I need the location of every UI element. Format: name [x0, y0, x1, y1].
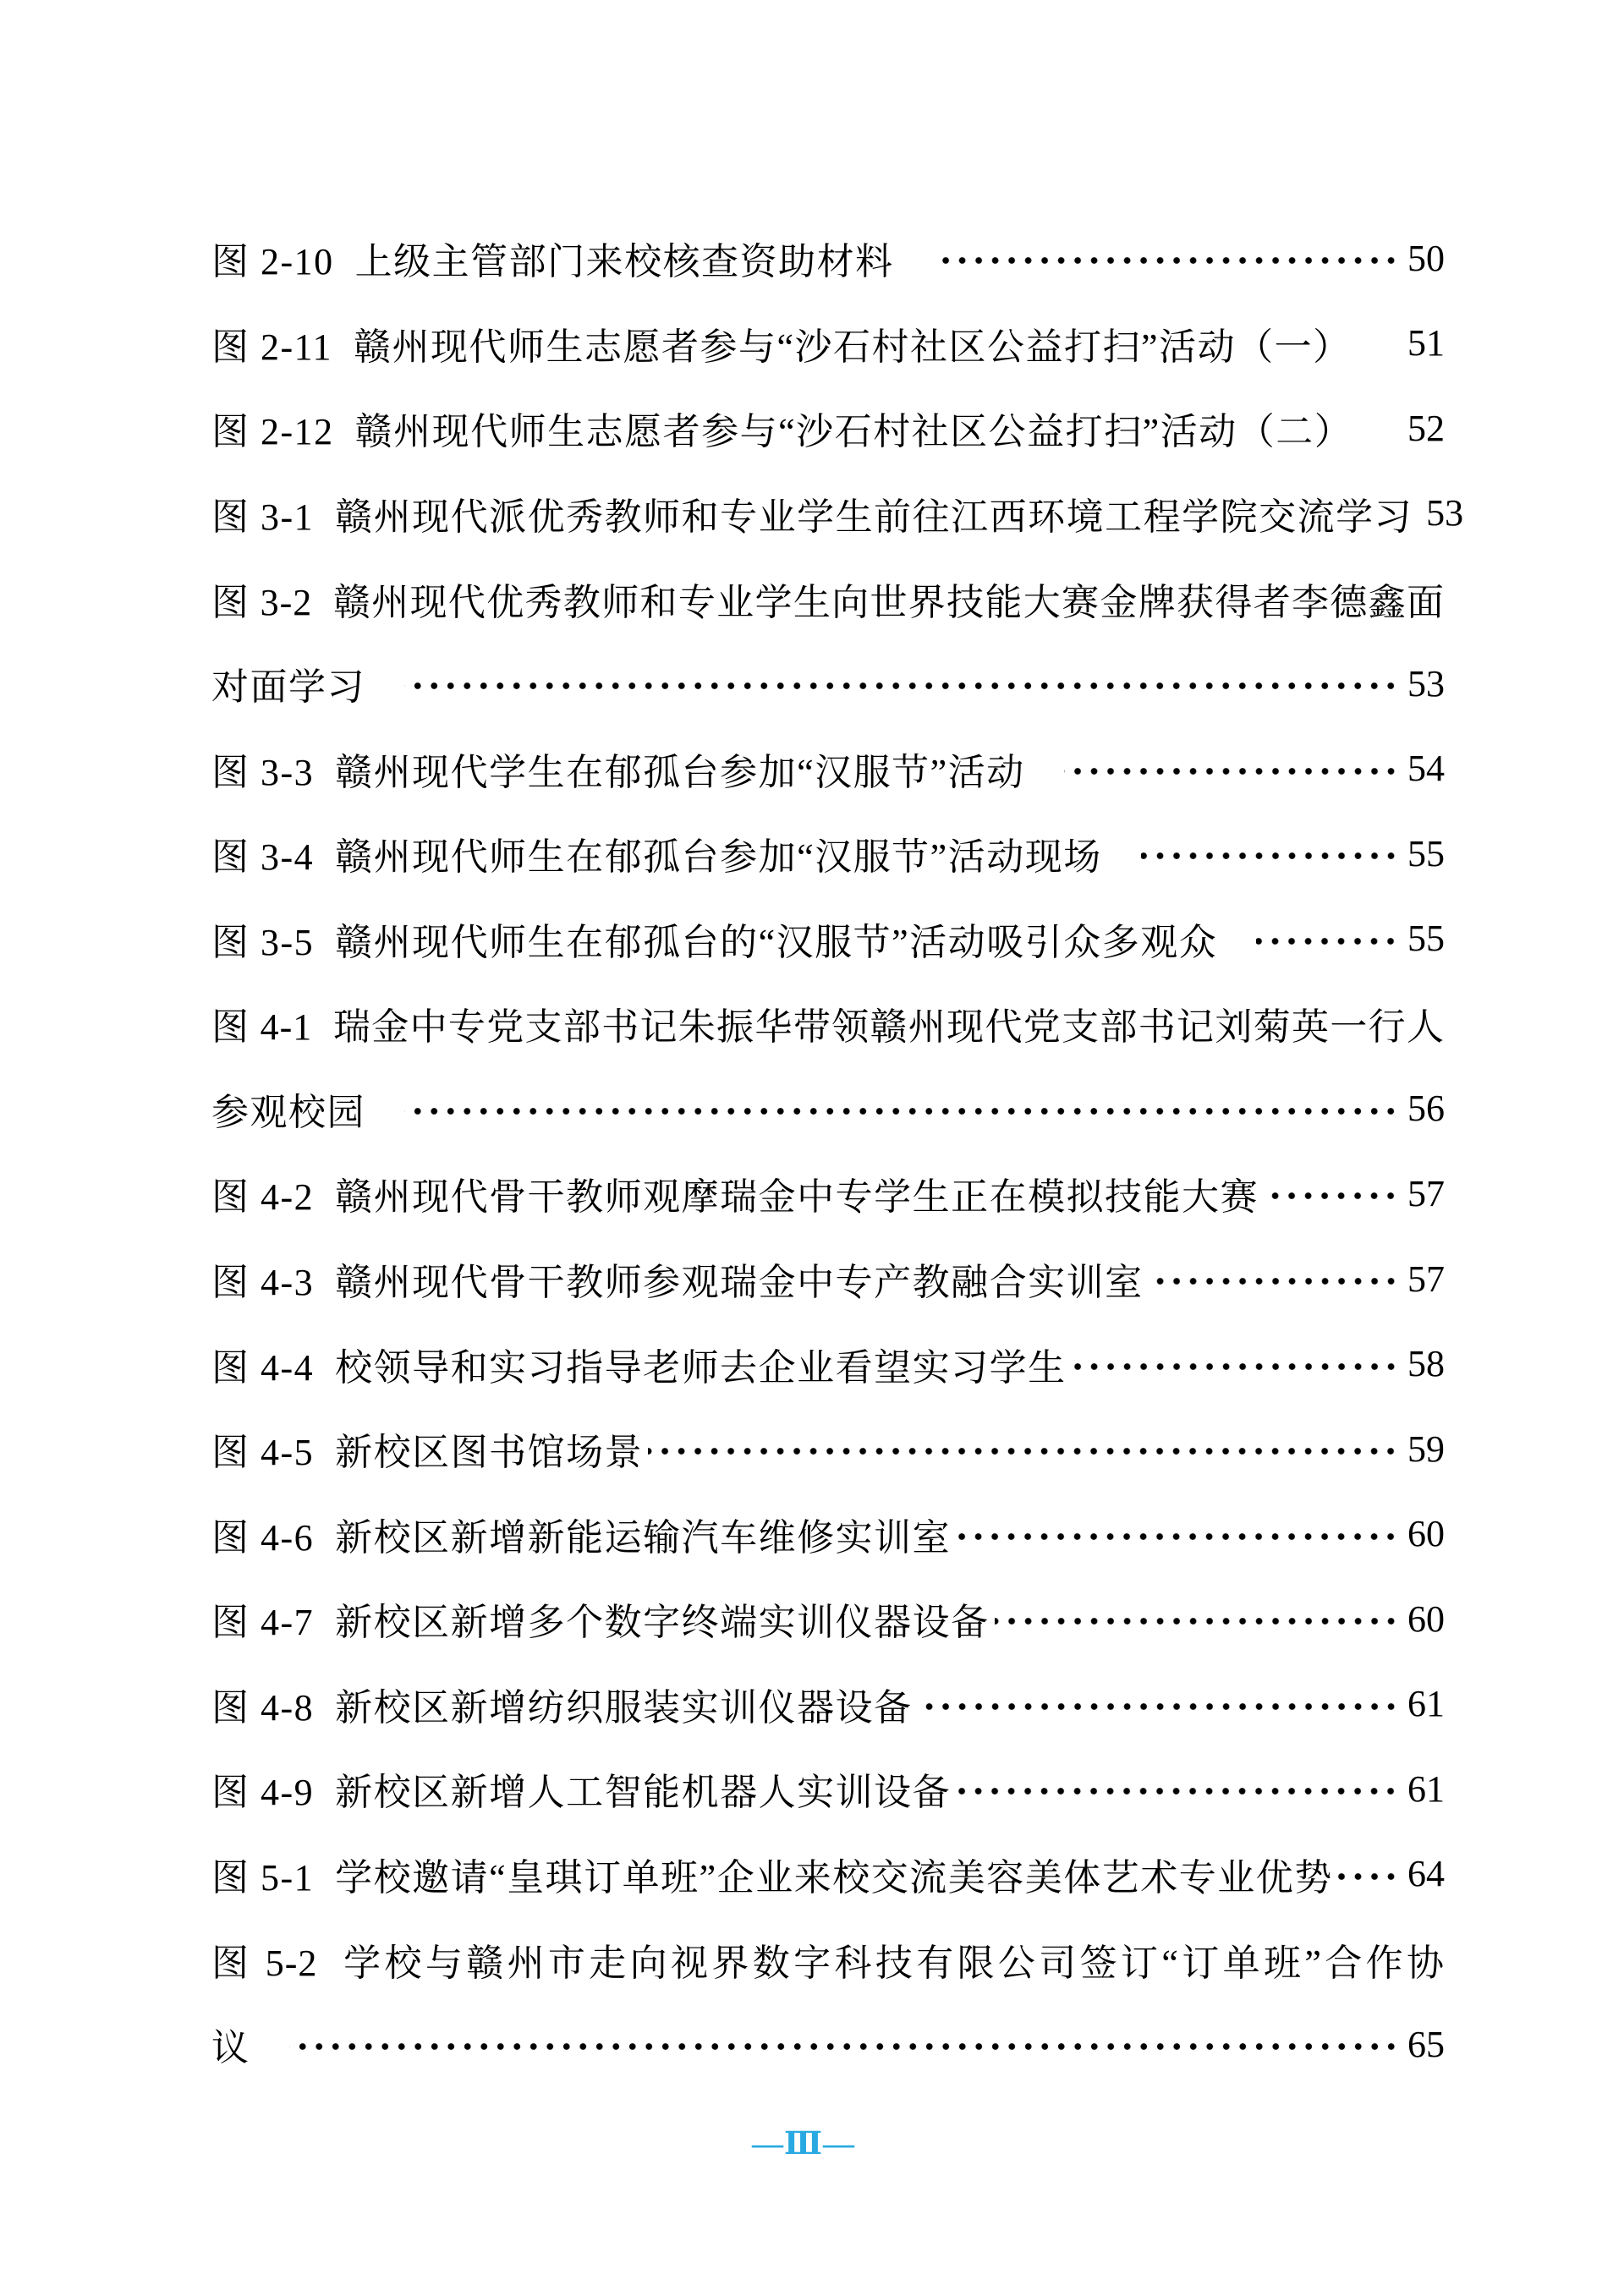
- toc-entry: 图 2-12 赣州现代师生志愿者参与“沙石村社区公益打扫”活动（二） 52: [211, 386, 1445, 471]
- toc-entry: 图 3-3 赣州现代学生在郁孤台参加“汉服节”活动 54: [211, 726, 1445, 811]
- toc-entry-text: 图 3-5 赣州现代师生在郁孤台的“汉服节”活动吸引众多观众: [211, 912, 1217, 966]
- dot-leader: [1072, 1357, 1399, 1376]
- toc-entry-text: 图 4-4 校领导和实习指导老师去企业看望实习学生: [211, 1337, 1067, 1391]
- toc-entry-text: 图 3-2 赣州现代优秀教师和专业学生向世界技能大赛金牌获得者李德鑫面: [211, 572, 1445, 626]
- dot-leader: [1264, 1186, 1399, 1205]
- toc-entry: 图 4-3 赣州现代骨干教师参观瑞金中专产教融合实训室 57: [211, 1236, 1445, 1322]
- toc-entry-page-number: 55: [1407, 917, 1445, 960]
- toc-entry-text: 图 2-10 上级主管部门来校核查资助材料: [211, 231, 894, 285]
- toc-entry-page-number: 57: [1407, 1172, 1445, 1215]
- toc-entry: 图 5-1 学校邀请“皇琪订单班”企业来校交流美容美体艺术专业优势 64: [211, 1832, 1445, 1917]
- toc-entry: 图 4-6 新校区新增新能运输汽车维修实训室 60: [211, 1491, 1445, 1576]
- toc-entry-text: 图 2-12 赣州现代师生志愿者参与“沙石村社区公益打扫”活动（二）: [211, 401, 1352, 455]
- toc-entry-text: 对面学习: [211, 656, 365, 710]
- toc-entry-page-number: 61: [1407, 1767, 1445, 1811]
- toc-entry-page-number: 51: [1407, 321, 1445, 364]
- toc-entry-text: 图 2-11 赣州现代师生志愿者参与“沙石村社区公益打扫”活动（一）: [211, 316, 1352, 370]
- toc-entry-text: 参观校园: [211, 1082, 365, 1136]
- dot-leader: [1256, 932, 1399, 951]
- dot-leader: [289, 2037, 1400, 2056]
- toc-entry-page-number: 64: [1407, 1852, 1445, 1895]
- toc-entry: 图 2-10 上级主管部门来校核查资助材料 50: [211, 216, 1445, 301]
- toc-entry-text: 图 4-6 新校区新增新能运输汽车维修实训室: [211, 1507, 951, 1561]
- dot-leader: [404, 1102, 1399, 1121]
- dot-leader: [933, 251, 1399, 270]
- dot-leader: [1141, 847, 1399, 865]
- toc-entry: 参观校园 56: [211, 1066, 1445, 1152]
- toc-entry-text: 图 4-5 新校区图书馆场景: [211, 1422, 643, 1476]
- toc-entry: 图 2-11 赣州现代师生志愿者参与“沙石村社区公益打扫”活动（一） 51: [211, 301, 1445, 386]
- toc-entry: 对面学习 53: [211, 641, 1445, 726]
- toc-entry-page-number: 57: [1407, 1258, 1445, 1301]
- toc-entry-page-number: 53: [1426, 491, 1463, 534]
- toc-entry-page-number: 59: [1407, 1427, 1445, 1471]
- toc-entry-page-number: 60: [1407, 1512, 1445, 1555]
- toc-entry: 图 4-8 新校区新增纺织服装实训仪器设备 61: [211, 1662, 1445, 1747]
- dot-leader: [918, 1697, 1399, 1716]
- dot-leader: [1358, 421, 1399, 440]
- toc-entry-page-number: 53: [1407, 662, 1445, 705]
- toc-entry-page-number: 52: [1407, 407, 1445, 450]
- toc-entry: 图 3-5 赣州现代师生在郁孤台的“汉服节”活动吸引众多观众 55: [211, 896, 1445, 982]
- dot-leader: [1064, 762, 1399, 781]
- toc-entry-page-number: 60: [1407, 1597, 1445, 1641]
- toc-entry: 图 4-2 赣州现代骨干教师观摩瑞金中专学生正在模拟技能大赛 57: [211, 1151, 1445, 1236]
- toc-entry-page-number: 50: [1407, 237, 1445, 280]
- toc-entry-text: 图 4-8 新校区新增纺织服装实训仪器设备: [211, 1677, 913, 1731]
- toc-entry-page-number: 55: [1407, 832, 1445, 875]
- toc-entry-text: 图 3-1 赣州现代派优秀教师和专业学生前往江西环境工程学院交流学习: [211, 486, 1413, 540]
- toc-entry-page-number: 54: [1407, 747, 1445, 790]
- toc-entry-text: 图 5-2 学校与赣州市走向视界数字科技有限公司签订“订单班”合作协: [211, 1932, 1445, 1986]
- dot-leader: [956, 1782, 1399, 1800]
- list-of-figures: 图 2-10 上级主管部门来校核查资助材料 50 图 2-11 赣州现代师生志愿…: [211, 216, 1445, 2086]
- toc-entry: 图 4-1 瑞金中专党支部书记朱振华带领赣州现代党支部书记刘菊英一行人: [211, 981, 1445, 1066]
- toc-entry: 图 5-2 学校与赣州市走向视界数字科技有限公司签订“订单班”合作协: [211, 1916, 1445, 2002]
- dot-leader: [1357, 337, 1399, 355]
- toc-entry-page-number: 56: [1407, 1087, 1445, 1130]
- toc-entry-text: 图 5-1 学校邀请“皇琪订单班”企业来校交流美容美体艺术专业优势: [211, 1847, 1333, 1901]
- dot-leader: [995, 1612, 1399, 1630]
- toc-entry-text: 图 3-3 赣州现代学生在郁孤台参加“汉服节”活动: [211, 742, 1025, 796]
- toc-entry-page-number: 61: [1407, 1682, 1445, 1725]
- dot-leader: [1338, 1867, 1399, 1886]
- toc-entry: 图 4-4 校领导和实习指导老师去企业看望实习学生 58: [211, 1321, 1445, 1406]
- toc-entry: 图 4-9 新校区新增人工智能机器人实训设备 61: [211, 1746, 1445, 1832]
- dot-leader: [404, 677, 1399, 695]
- toc-entry-text: 图 3-4 赣州现代师生在郁孤台参加“汉服节”活动现场: [211, 826, 1102, 880]
- footer-page-number: —Ⅲ—: [0, 2124, 1607, 2162]
- toc-entry: 图 3-1 赣州现代派优秀教师和专业学生前往江西环境工程学院交流学习 53: [211, 471, 1445, 556]
- dot-leader: [956, 1527, 1399, 1546]
- document-page: 图 2-10 上级主管部门来校核查资助材料 50 图 2-11 赣州现代师生志愿…: [0, 0, 1624, 2296]
- toc-entry-text: 图 4-1 瑞金中专党支部书记朱振华带领赣州现代党支部书记刘菊英一行人: [211, 996, 1445, 1050]
- toc-entry-text: 图 4-2 赣州现代骨干教师观摩瑞金中专学生正在模拟技能大赛: [211, 1166, 1259, 1220]
- toc-entry-text: 议: [211, 2017, 250, 2071]
- toc-entry: 议 65: [211, 2002, 1445, 2087]
- toc-entry-text: 图 4-7 新校区新增多个数字终端实训仪器设备: [211, 1592, 990, 1646]
- toc-entry-page-number: 65: [1407, 2023, 1445, 2066]
- dot-leader: [648, 1442, 1399, 1460]
- toc-entry: 图 4-7 新校区新增多个数字终端实训仪器设备 60: [211, 1576, 1445, 1662]
- toc-entry-text: 图 4-9 新校区新增人工智能机器人实训设备: [211, 1762, 951, 1816]
- toc-entry-page-number: 58: [1407, 1342, 1445, 1385]
- toc-entry-text: 图 4-3 赣州现代骨干教师参观瑞金中专产教融合实训室: [211, 1252, 1144, 1306]
- dot-leader: [1149, 1272, 1399, 1290]
- toc-entry: 图 4-5 新校区图书馆场景 59: [211, 1406, 1445, 1492]
- toc-entry: 图 3-2 赣州现代优秀教师和专业学生向世界技能大赛金牌获得者李德鑫面: [211, 556, 1445, 641]
- toc-entry: 图 3-4 赣州现代师生在郁孤台参加“汉服节”活动现场 55: [211, 811, 1445, 896]
